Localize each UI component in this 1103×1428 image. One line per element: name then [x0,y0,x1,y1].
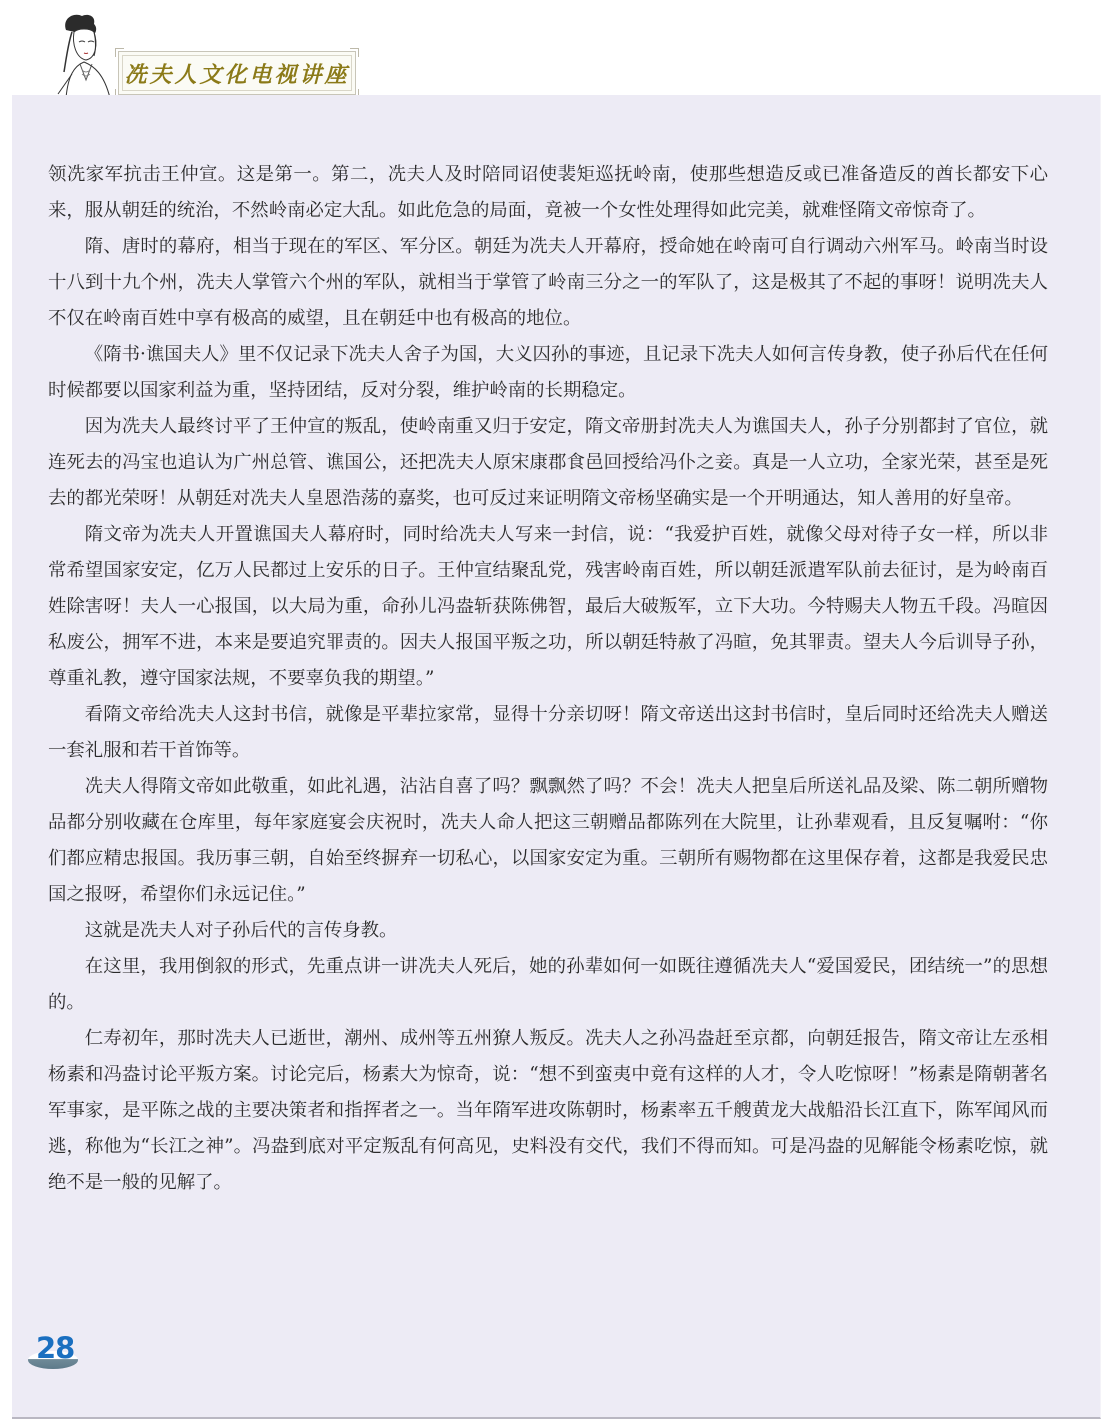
page-number: 28 [36,1331,74,1365]
paragraph: 仁寿初年，那时冼夫人已逝世，潮州、成州等五州獠人叛反。冼夫人之孙冯盎赶至京都，向… [48,1021,1048,1201]
paragraph: 看隋文帝给冼夫人这封书信，就像是平辈拉家常，显得十分亲切呀！隋文帝送出这封书信时… [48,697,1048,769]
paragraph: 因为冼夫人最终讨平了王仲宣的叛乱，使岭南重又归于安定，隋文帝册封冼夫人为谯国夫人… [48,409,1048,517]
portrait-illustration-icon [52,10,122,98]
header-title: 冼夫人文化电视讲座 [124,58,349,89]
paragraph: 隋、唐时的幕府，相当于现在的军区、军分区。朝廷为冼夫人开幕府，授命她在岭南可自行… [48,229,1048,337]
article-body: 领冼家军抗击王仲宣。这是第一。第二，冼夫人及时陪同诏使裴矩巡抚岭南，使那些想造反… [48,157,1048,1201]
paragraph: 领冼家军抗击王仲宣。这是第一。第二，冼夫人及时陪同诏使裴矩巡抚岭南，使那些想造反… [48,157,1048,229]
banner-corner-ornament [350,48,359,57]
paragraph: 这就是冼夫人对子孙后代的言传身教。 [48,913,1048,949]
paragraph: 冼夫人得隋文帝如此敬重，如此礼遇，沾沾自喜了吗？飘飘然了吗？不会！冼夫人把皇后所… [48,769,1048,913]
paragraph: 隋文帝为冼夫人开置谯国夫人幕府时，同时给冼夫人写来一封信，说：“我爱护百姓，就像… [48,517,1048,697]
paragraph: 在这里，我用倒叙的形式，先重点讲一讲冼夫人死后，她的孙辈如何一如既往遵循冼夫人“… [48,949,1048,1021]
header-banner: 冼夫人文化电视讲座 [118,51,356,95]
banner-corner-ornament [115,48,124,57]
page-number-badge: 28 [28,1333,80,1373]
paragraph: 《隋书·谯国夫人》里不仅记录下冼夫人舍子为国，大义囚孙的事迹，且记录下冼夫人如何… [48,337,1048,409]
